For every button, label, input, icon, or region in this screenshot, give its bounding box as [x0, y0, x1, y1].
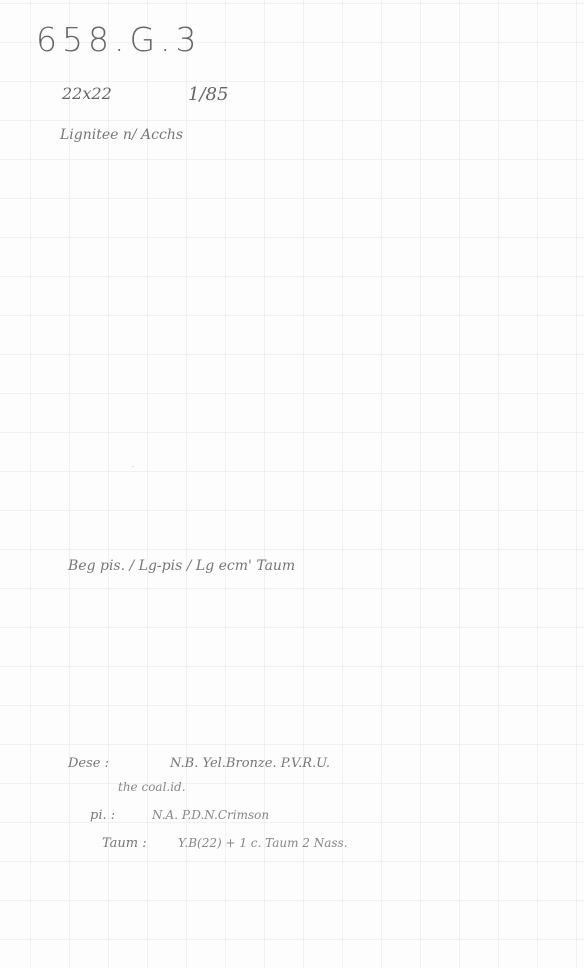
catalog-number: 658.G.3: [36, 20, 202, 59]
note-value: N.B. Yel.Bronze. P.V.R.U.: [170, 756, 330, 771]
note-value: the coal.id.: [118, 780, 186, 794]
description: Lignitee n/ Acchs: [60, 127, 183, 143]
note-value: N.A. P.D.N.Crimson: [152, 808, 269, 822]
note-value: Y.B(22) + 1 c. Taum 2 Nass.: [178, 836, 348, 850]
note-label: pi. :: [90, 808, 115, 823]
note-label: Dese :: [68, 756, 109, 771]
middle-note: Beg pis. / Lg-pis / Lg ecm' Taum: [68, 558, 295, 574]
index-card: 658.G.3 22x22 1/85 Lignitee n/ Acchs · B…: [0, 0, 584, 968]
dimensions: 22x22: [62, 84, 112, 103]
stray-mark: ·: [132, 464, 134, 471]
note-label: Taum :: [102, 836, 147, 851]
item-count: 1/85: [188, 84, 228, 105]
